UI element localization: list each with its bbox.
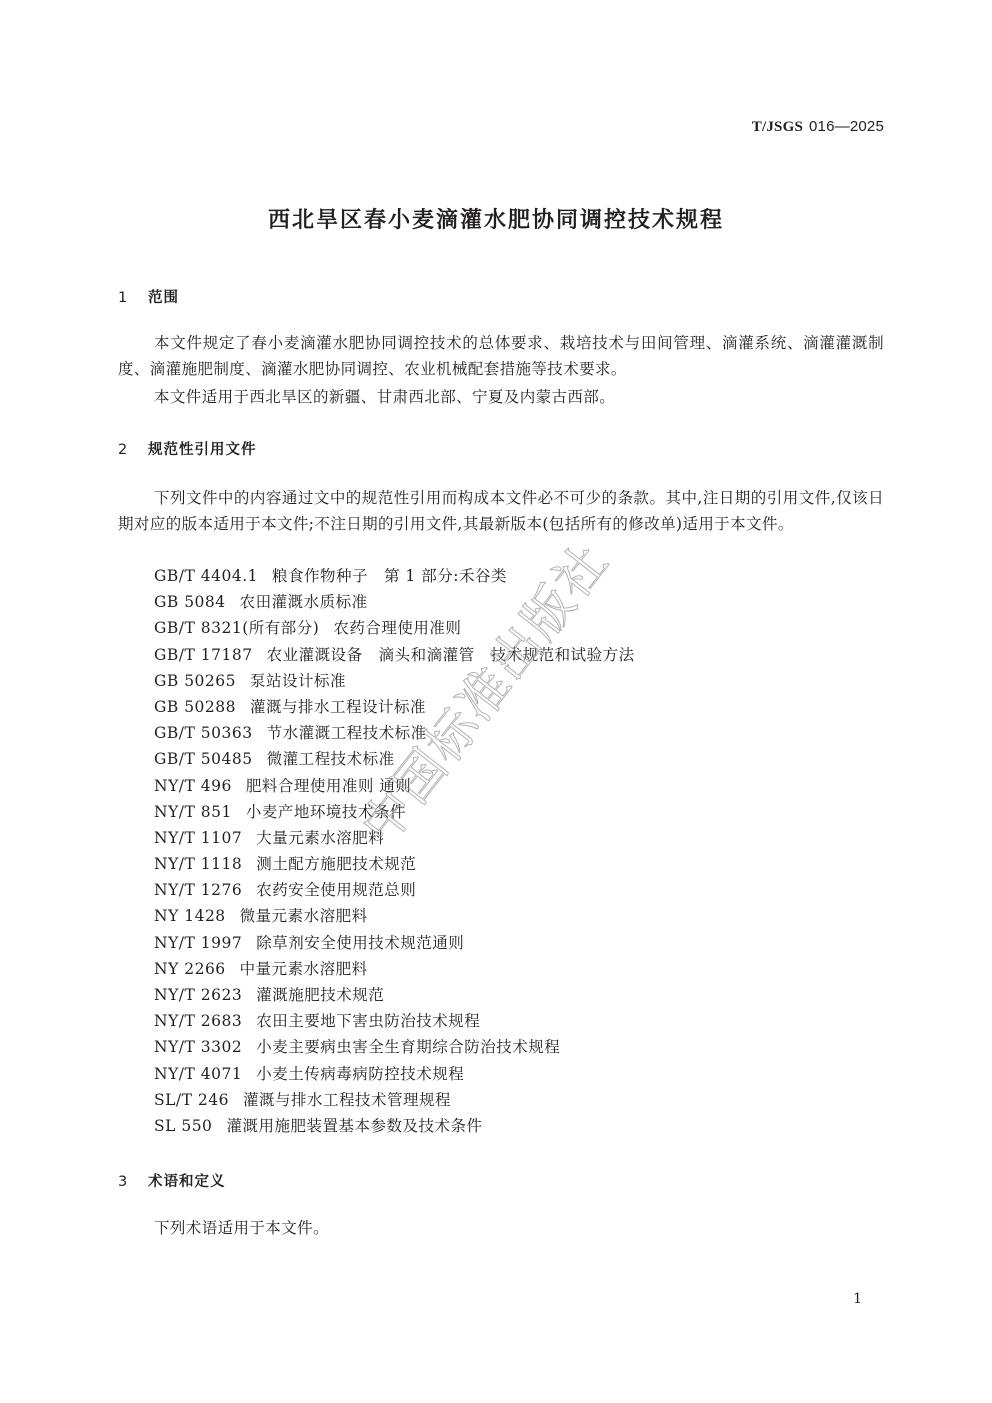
references-intro-paragraph: 下列文件中的内容通过文中的规范性引用而构成本文件必不可少的条款。其中,注日期的引… [118, 485, 884, 537]
reference-code: GB 50265 [154, 672, 236, 690]
reference-item: NY/T 1276农药安全使用规范总则 [154, 877, 635, 903]
reference-title: 农药安全使用规范总则 [256, 881, 416, 899]
reference-title: 泵站设计标准 [250, 672, 346, 690]
reference-code: GB/T 8321(所有部分) [154, 619, 319, 637]
reference-code: NY 1428 [154, 907, 226, 925]
reference-code: NY/T 496 [154, 777, 232, 795]
reference-item: SL 550灌溉用施肥装置基本参数及技术条件 [154, 1113, 635, 1139]
reference-title: 除草剂安全使用技术规范通则 [256, 934, 464, 952]
document-page: T/JSGS016—2025 西北旱区春小麦滴灌水肥协同调控技术规程 1范围 本… [0, 0, 992, 1403]
reference-title: 微量元素水溶肥料 [240, 907, 368, 925]
reference-item: NY/T 3302小麦主要病虫害全生育期综合防治技术规程 [154, 1034, 635, 1060]
section-number: 2 [118, 442, 148, 458]
reference-item: NY/T 1107大量元素水溶肥料 [154, 825, 635, 851]
reference-title: 测土配方施肥技术规范 [256, 855, 416, 873]
reference-item: NY 1428微量元素水溶肥料 [154, 903, 635, 929]
reference-code: SL 550 [154, 1117, 212, 1135]
reference-item: NY/T 1997除草剂安全使用技术规范通则 [154, 930, 635, 956]
reference-code: NY/T 2683 [154, 1012, 242, 1030]
standard-prefix: T/JSGS [752, 119, 803, 135]
reference-title: 农田主要地下害虫防治技术规程 [256, 1012, 480, 1030]
reference-code: GB/T 17187 [154, 646, 253, 664]
section-heading-scope: 1范围 [118, 286, 179, 307]
scope-paragraph-1: 本文件规定了春小麦滴灌水肥协同调控技术的总体要求、栽培技术与田间管理、滴灌系统、… [118, 330, 884, 382]
reference-title: 小麦产地环境技术条件 [246, 803, 406, 821]
reference-code: GB 5084 [154, 593, 226, 611]
section-title: 术语和定义 [148, 1174, 226, 1190]
reference-item: NY/T 2623灌溉施肥技术规范 [154, 982, 635, 1008]
reference-item: NY/T 851小麦产地环境技术条件 [154, 799, 635, 825]
reference-title: 微灌工程技术标准 [267, 750, 395, 768]
section-title: 规范性引用文件 [148, 442, 257, 458]
reference-item: NY/T 1118测土配方施肥技术规范 [154, 851, 635, 877]
reference-code: GB/T 50363 [154, 724, 253, 742]
reference-code: NY/T 1118 [154, 855, 242, 873]
reference-code: GB/T 50485 [154, 750, 253, 768]
reference-item: NY/T 2683农田主要地下害虫防治技术规程 [154, 1008, 635, 1034]
reference-code: NY/T 851 [154, 803, 232, 821]
reference-item: GB/T 50363节水灌溉工程技术标准 [154, 720, 635, 746]
reference-code: NY/T 1276 [154, 881, 242, 899]
reference-title: 中量元素水溶肥料 [240, 960, 368, 978]
reference-title: 农药合理使用准则 [333, 619, 461, 637]
reference-item: GB/T 50485微灌工程技术标准 [154, 746, 635, 772]
reference-list: GB/T 4404.1粮食作物种子 第 1 部分:禾谷类 GB 5084农田灌溉… [154, 563, 635, 1139]
reference-title: 肥料合理使用准则 通则 [246, 777, 411, 795]
scope-paragraph-2: 本文件适用于西北旱区的新疆、甘肃西北部、宁夏及内蒙古西部。 [118, 384, 884, 410]
page-number: 1 [853, 1291, 862, 1307]
reference-code: SL/T 246 [154, 1091, 229, 1109]
document-title: 西北旱区春小麦滴灌水肥协同调控技术规程 [0, 203, 992, 234]
reference-item: GB 50265泵站设计标准 [154, 668, 635, 694]
terms-intro-paragraph: 下列术语适用于本文件。 [118, 1215, 884, 1241]
reference-code: NY/T 2623 [154, 986, 242, 1004]
reference-code: NY 2266 [154, 960, 226, 978]
reference-item: GB 5084农田灌溉水质标准 [154, 589, 635, 615]
section-number: 3 [118, 1174, 148, 1190]
reference-item: NY/T 4071小麦土传病毒病防控技术规程 [154, 1061, 635, 1087]
section-number: 1 [118, 290, 148, 306]
section-heading-terms-definitions: 3术语和定义 [118, 1170, 226, 1191]
reference-code: NY/T 1107 [154, 829, 242, 847]
reference-item: SL/T 246灌溉与排水工程技术管理规程 [154, 1087, 635, 1113]
reference-item: GB 50288灌溉与排水工程设计标准 [154, 694, 635, 720]
reference-item: GB/T 4404.1粮食作物种子 第 1 部分:禾谷类 [154, 563, 635, 589]
reference-code: NY/T 4071 [154, 1065, 242, 1083]
section-title: 范围 [148, 290, 179, 306]
reference-title: 农业灌溉设备 滴头和滴灌管 技术规范和试验方法 [267, 646, 635, 664]
reference-title: 灌溉用施肥装置基本参数及技术条件 [226, 1117, 482, 1135]
reference-title: 小麦主要病虫害全生育期综合防治技术规程 [256, 1038, 560, 1056]
reference-item: GB/T 8321(所有部分)农药合理使用准则 [154, 615, 635, 641]
reference-item: GB/T 17187农业灌溉设备 滴头和滴灌管 技术规范和试验方法 [154, 642, 635, 668]
reference-title: 农田灌溉水质标准 [240, 593, 368, 611]
reference-code: GB 50288 [154, 698, 236, 716]
reference-code: NY/T 1997 [154, 934, 242, 952]
reference-title: 灌溉与排水工程技术管理规程 [243, 1091, 451, 1109]
reference-title: 灌溉与排水工程设计标准 [250, 698, 426, 716]
reference-item: NY 2266中量元素水溶肥料 [154, 956, 635, 982]
reference-title: 小麦土传病毒病防控技术规程 [256, 1065, 464, 1083]
reference-code: NY/T 3302 [154, 1038, 242, 1056]
section-heading-normative-references: 2规范性引用文件 [118, 438, 257, 459]
reference-code: GB/T 4404.1 [154, 567, 258, 585]
reference-title: 灌溉施肥技术规范 [256, 986, 384, 1004]
standard-code: T/JSGS016—2025 [752, 118, 884, 136]
reference-title: 节水灌溉工程技术标准 [267, 724, 427, 742]
standard-number: 016—2025 [809, 118, 884, 135]
reference-item: NY/T 496肥料合理使用准则 通则 [154, 773, 635, 799]
reference-title: 粮食作物种子 第 1 部分:禾谷类 [272, 567, 507, 585]
reference-title: 大量元素水溶肥料 [256, 829, 384, 847]
